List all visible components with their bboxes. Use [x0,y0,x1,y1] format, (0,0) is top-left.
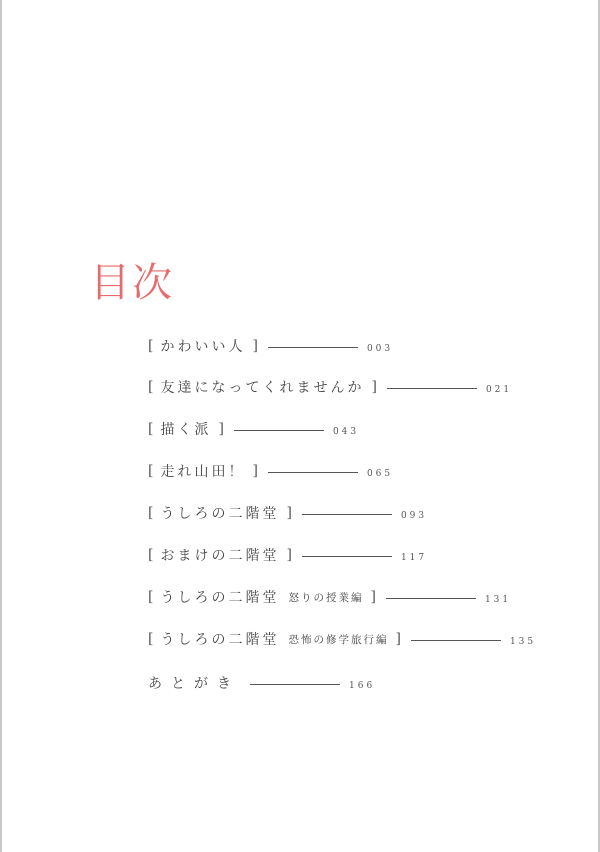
toc-entry[interactable]: [ うしろの二階堂 怒りの授業編 ] 131 [148,587,511,607]
bracket-open: [ [148,421,153,437]
bracket-close: ] [252,338,257,354]
leader-line [302,556,392,557]
leader-line [234,430,324,431]
page-number: 021 [486,385,512,395]
entry-title: おまけの二階堂 [160,545,279,565]
page-edge-left [0,0,2,852]
entry-title: 友達になってくれませんか [160,377,364,397]
toc-entry[interactable]: [ 描く派 ] 043 [148,419,359,439]
entry-title: あとがき [148,673,240,693]
page-number: 135 [510,637,536,647]
leader-line [268,472,358,473]
leader-line [386,598,476,599]
toc-entry[interactable]: [ 友達になってくれませんか ] 021 [148,377,512,397]
bracket-open: [ [148,547,153,563]
leader-line [302,514,392,515]
bracket-open: [ [148,379,153,395]
leader-line [250,684,340,685]
entry-subtitle: 恐怖の修学旅行編 [288,632,388,647]
toc-entry[interactable]: [ うしろの二階堂 恐怖の修学旅行編 ] 135 [148,629,536,649]
entry-title: かわいい人 [160,336,245,356]
page-number: 003 [367,344,393,354]
page-number: 166 [349,681,375,691]
toc-entry[interactable]: [ かわいい人 ] 003 [148,336,393,356]
bracket-open: [ [148,338,153,354]
page-number: 065 [367,469,393,479]
toc-entry[interactable]: [ うしろの二階堂 ] 093 [148,503,427,523]
bracket-open: [ [148,463,153,479]
entry-title: うしろの二階堂 [160,629,279,649]
toc-title: 目次 [90,259,174,307]
bracket-open: [ [148,631,153,647]
leader-line [268,347,358,348]
entry-subtitle: 怒りの授業編 [288,590,363,605]
bracket-close: ] [286,505,291,521]
entry-title: 走れ山田！ [160,461,245,481]
page-number: 131 [485,595,511,605]
toc-entry-afterword[interactable]: あとがき 166 [148,673,375,693]
leader-line [411,640,501,641]
toc-entry[interactable]: [ おまけの二階堂 ] 117 [148,545,427,565]
bracket-close: ] [286,547,291,563]
page-number: 117 [401,553,427,563]
bracket-close: ] [252,463,257,479]
leader-line [387,388,477,389]
entry-title: うしろの二階堂 [160,503,279,523]
page-number: 043 [333,427,359,437]
entry-title: うしろの二階堂 [160,587,279,607]
entry-title: 描く派 [160,419,211,439]
page-number: 093 [401,511,427,521]
toc-entry[interactable]: [ 走れ山田！ ] 065 [148,461,393,481]
bracket-close: ] [218,421,223,437]
bracket-close: ] [395,631,400,647]
bracket-open: [ [148,505,153,521]
bracket-close: ] [371,379,376,395]
bracket-close: ] [370,589,375,605]
bracket-open: [ [148,589,153,605]
